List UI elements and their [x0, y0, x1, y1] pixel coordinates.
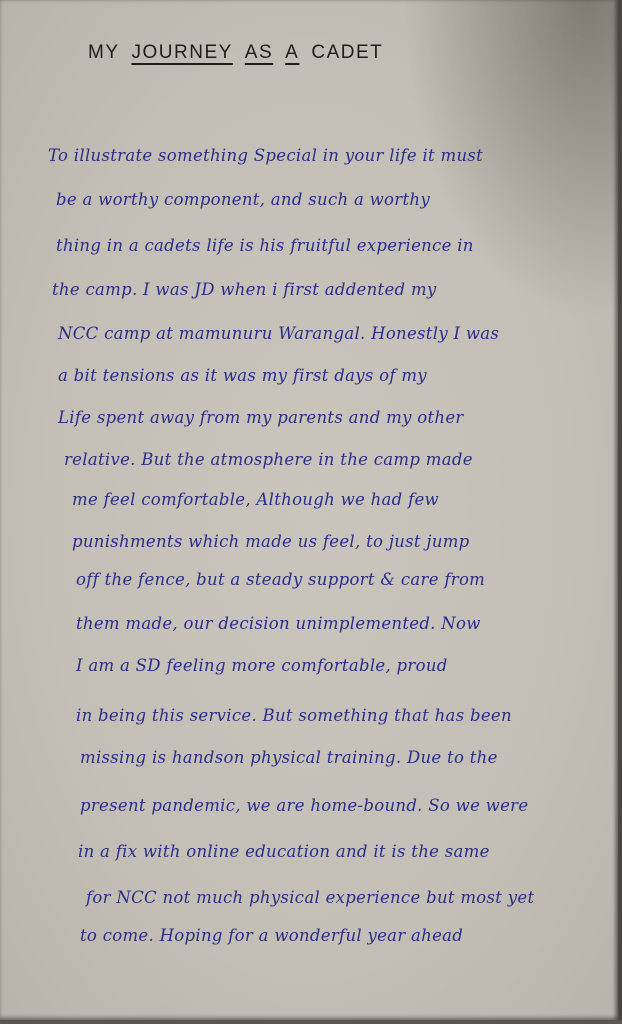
paper-sheet: MYJOURNEYASACADET To illustrate somethin… [0, 0, 618, 1020]
text-line: present pandemic, we are home-bound. So … [80, 796, 528, 815]
text-line: to come. Hoping for a wonderful year ahe… [80, 926, 463, 945]
text-line: punishments which made us feel, to just … [72, 532, 470, 551]
text-line: be a worthy component, and such a worthy [56, 190, 430, 209]
text-line: in being this service. But something tha… [76, 706, 512, 725]
text-line: in a fix with online education and it is… [78, 842, 490, 861]
text-line: Life spent away from my parents and my o… [58, 408, 464, 427]
text-line: off the fence, but a steady support & ca… [76, 570, 485, 589]
handwritten-body: To illustrate something Special in your … [0, 0, 622, 1024]
page-edge-shadow [0, 1020, 622, 1024]
text-line: I am a SD feeling more comfortable, prou… [76, 656, 448, 675]
text-line: thing in a cadets life is his fruitful e… [56, 236, 474, 255]
text-line: me feel comfortable, Although we had few [72, 490, 439, 509]
text-line: missing is handson physical training. Du… [80, 748, 498, 767]
text-line: a bit tensions as it was my first days o… [58, 366, 427, 385]
text-line: relative. But the atmosphere in the camp… [64, 450, 473, 469]
page-edge-shadow [618, 0, 622, 1024]
text-line: for NCC not much physical experience but… [86, 888, 534, 907]
text-line: To illustrate something Special in your … [48, 146, 483, 165]
text-line: NCC camp at mamunuru Warangal. Honestly … [58, 324, 499, 343]
text-line: the camp. I was JD when i first addented… [52, 280, 437, 299]
text-line: them made, our decision unimplemented. N… [76, 614, 481, 633]
